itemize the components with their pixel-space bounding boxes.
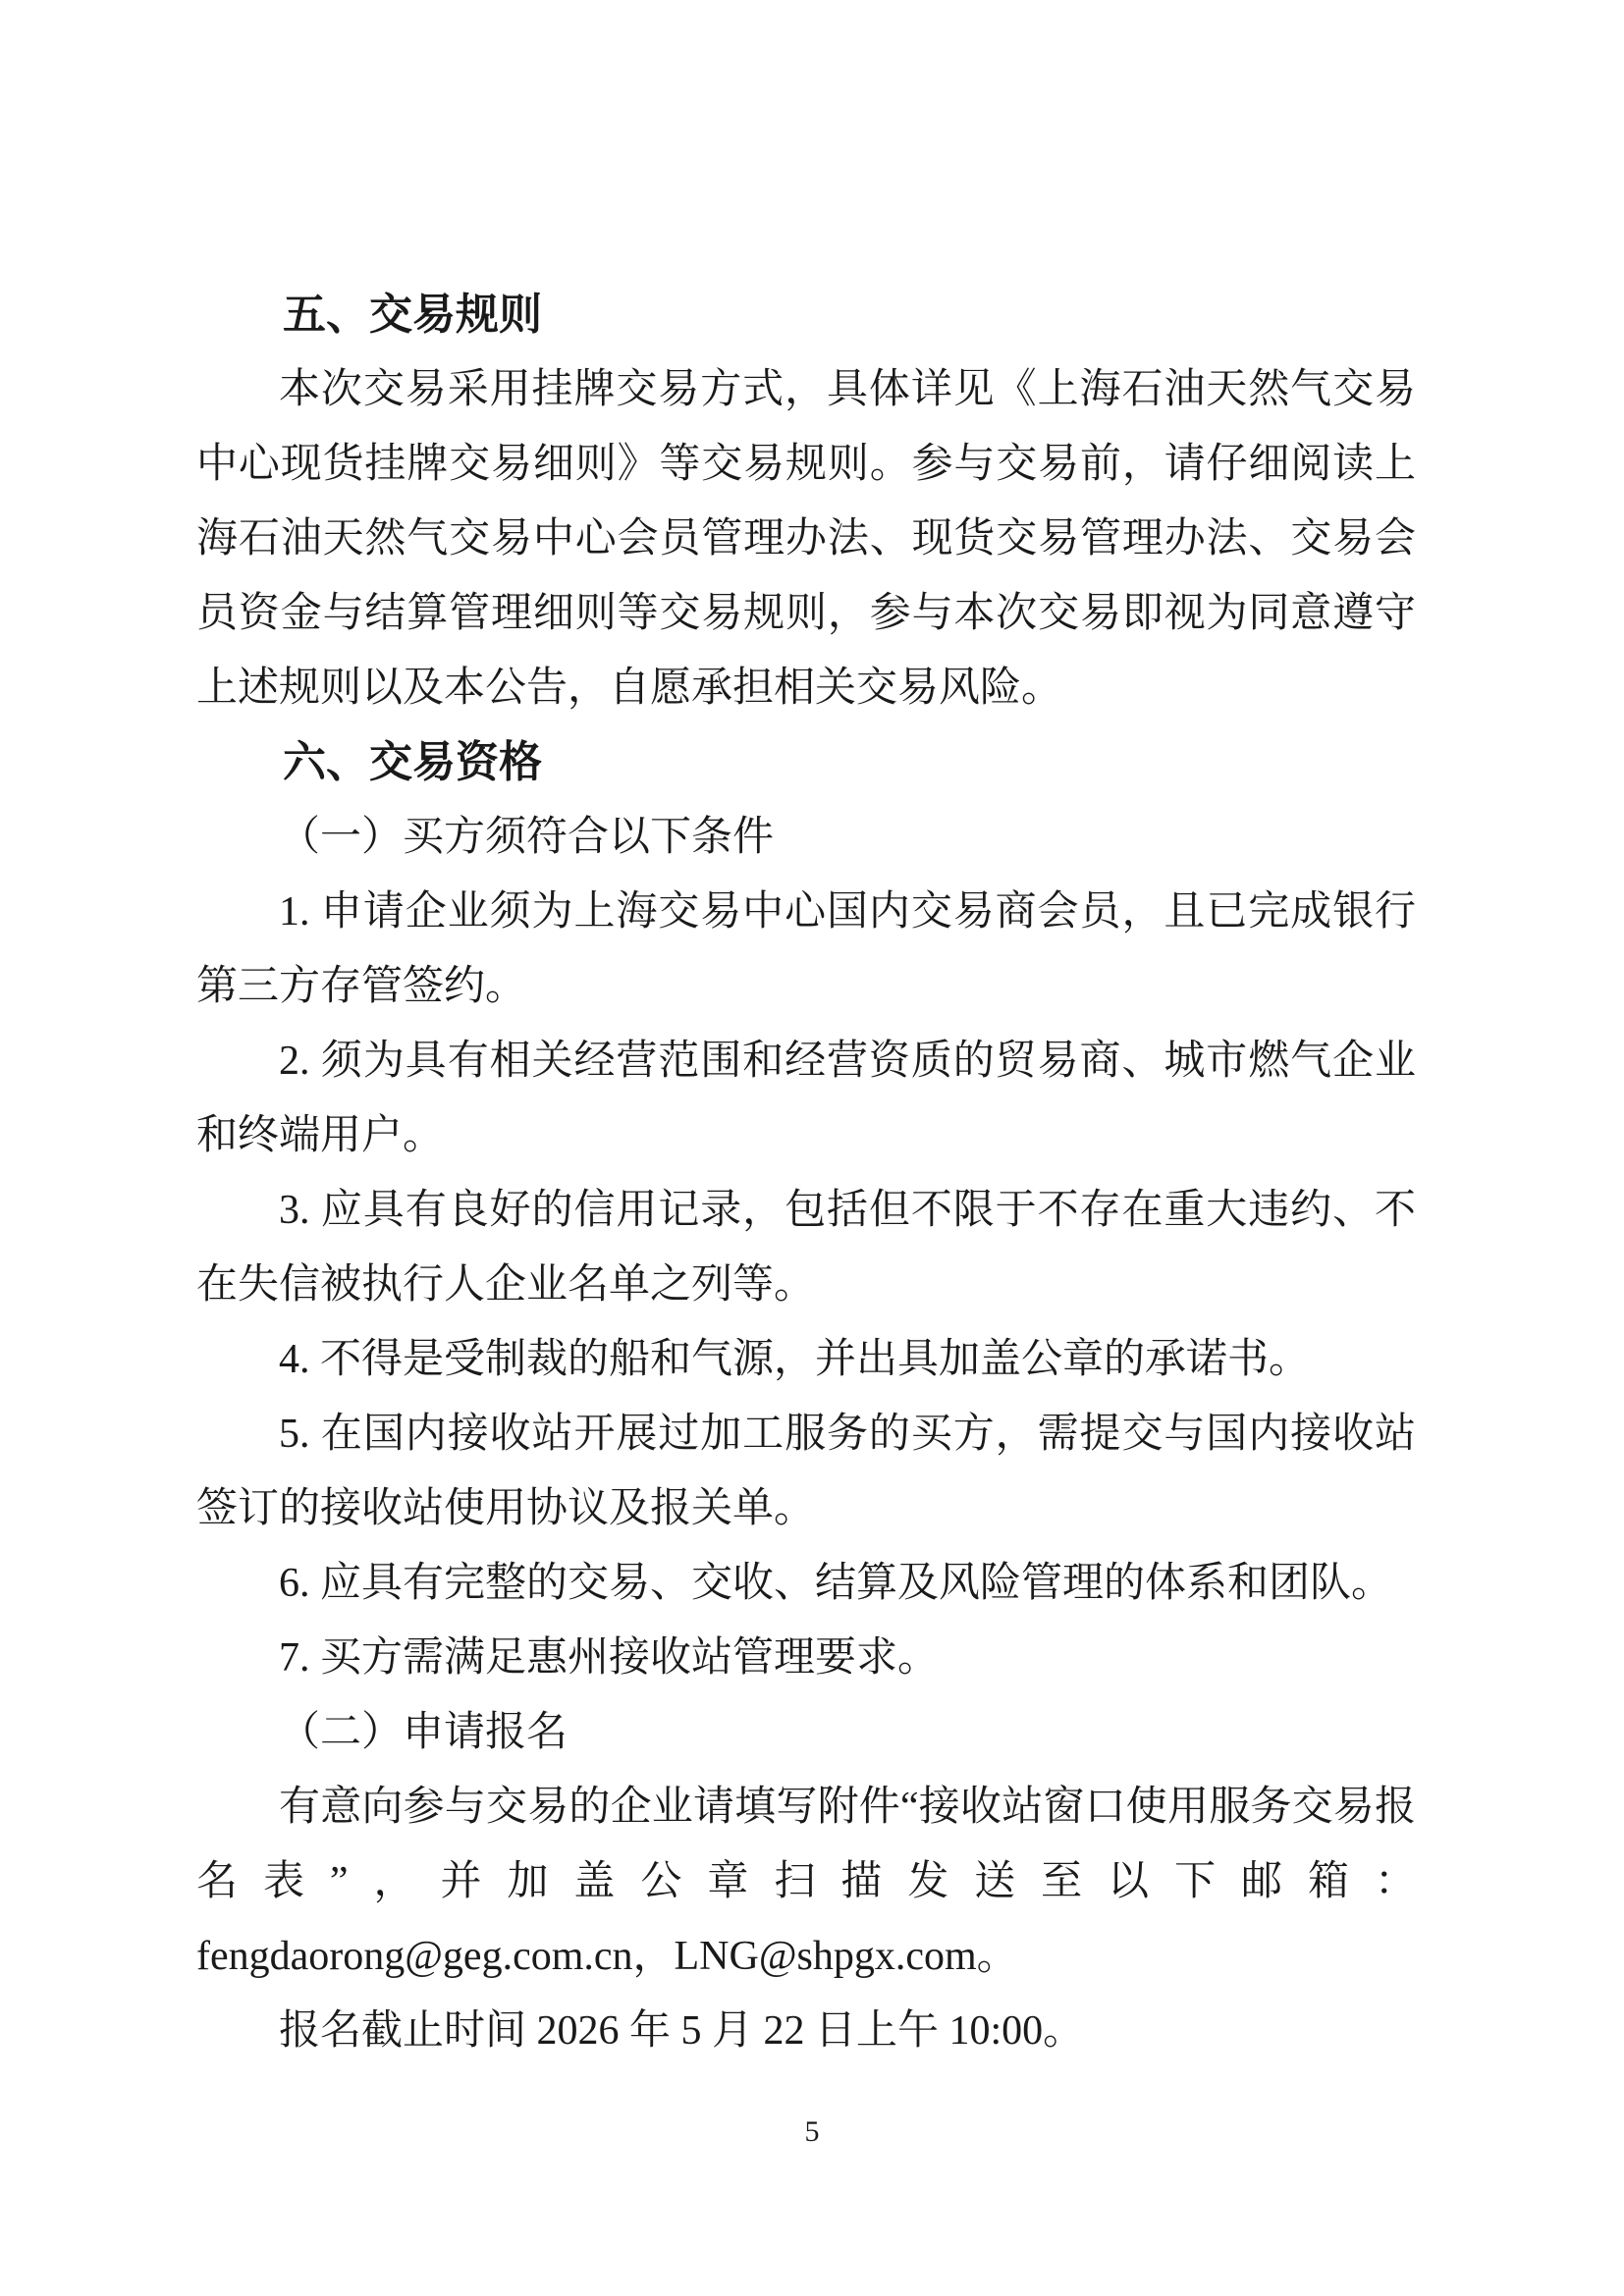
paragraph-registration-deadline: 报名截止时间 2026 年 5 月 22 日上午 10:00。 xyxy=(196,1994,1416,2068)
page-number: 5 xyxy=(0,2112,1624,2152)
condition-item-7: 7. 买方需满足惠州接收站管理要求。 xyxy=(196,1621,1416,1695)
condition-item-1: 1. 申请企业须为上海交易中心国内交易商会员，且已完成银行第三方存管签约。 xyxy=(196,875,1416,1024)
condition-item-3: 3. 应具有良好的信用记录，包括但不限于不存在重大违约、不在失信被执行人企业名单… xyxy=(196,1173,1416,1322)
paragraph-application-instructions: 有意向参与交易的企业请填写附件“接收站窗口使用服务交易报名表”，并加盖公章扫描发… xyxy=(196,1770,1416,1994)
document-page: 五、交易规则 本次交易采用挂牌交易方式，具体详见《上海石油天然气交易中心现货挂牌… xyxy=(0,0,1624,2296)
condition-item-2: 2. 须为具有相关经营范围和经营资质的贸易商、城市燃气企业和终端用户。 xyxy=(196,1024,1416,1173)
section-heading-trading-qualification: 六、交易资格 xyxy=(196,725,1416,800)
condition-item-5: 5. 在国内接收站开展过加工服务的买方，需提交与国内接收站签订的接收站使用协议及… xyxy=(196,1397,1416,1546)
section-heading-trading-rules: 五、交易规则 xyxy=(196,278,1416,352)
condition-item-6: 6. 应具有完整的交易、交收、结算及风险管理的体系和团队。 xyxy=(196,1546,1416,1621)
document-body: 五、交易规则 本次交易采用挂牌交易方式，具体详见《上海石油天然气交易中心现货挂牌… xyxy=(196,278,1416,2068)
paragraph-trading-rules-body: 本次交易采用挂牌交易方式，具体详见《上海石油天然气交易中心现货挂牌交易细则》等交… xyxy=(196,352,1416,725)
subheading-application-registration: （二）申请报名 xyxy=(196,1695,1416,1770)
condition-item-4: 4. 不得是受制裁的船和气源，并出具加盖公章的承诺书。 xyxy=(196,1322,1416,1397)
subheading-buyer-conditions: （一）买方须符合以下条件 xyxy=(196,800,1416,875)
